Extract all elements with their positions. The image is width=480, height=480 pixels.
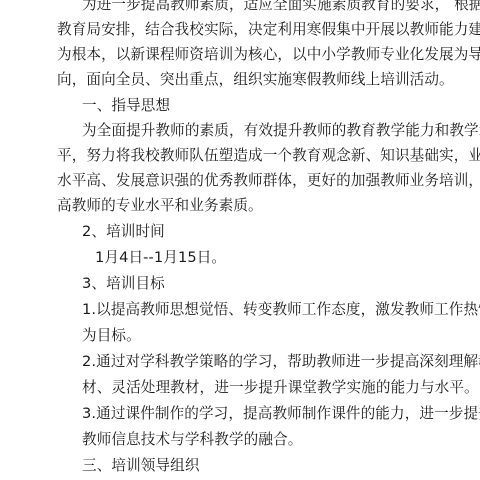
body-line: 为全面提升教师的素质，有效提升教师的教育教学能力和教学水: [82, 122, 454, 140]
body-line: 高教师的专业水平和业务素质。: [57, 197, 429, 215]
body-line: 平，努力将我校教师队伍塑造成一个教育观念新、知识基础实，业务: [57, 147, 429, 165]
goal-item-line: 为目标。: [82, 327, 454, 345]
section-heading-training-leadership: 三、培训领导组织: [82, 457, 454, 475]
body-line: 水平高、发展意识强的优秀教师群体，更好的加强教师业务培训，提: [57, 172, 429, 190]
training-date-range: 1月4日--1月15日。: [95, 249, 467, 267]
intro-line: 为根本，以新课程师资培训为核心，以中小学教师专业化发展为导: [57, 46, 429, 64]
section-heading-guiding-ideology: 一、指导思想: [82, 97, 454, 115]
goal-item-line: 材、灵活处理教材，进一步提升课堂教学实施的能力与水平。: [82, 379, 454, 397]
intro-line: 向，面向全员、突出重点，组织实施寒假教师线上培训活动。: [57, 71, 429, 89]
goal-item-line: 2.通过对学科教学策略的学习，帮助教师进一步提高深刻理解教: [82, 353, 454, 371]
goal-item-line: 教师信息技术与学科教学的融合。: [82, 431, 454, 449]
goal-item-line: 3.通过课件制作的学习，提高教师制作课件的能力，进一步提升: [82, 405, 454, 423]
intro-line: 为进一步提高教师素质，适应全面实施素质教育的要求， 根据: [82, 0, 454, 14]
section-heading-training-time: 2、培训时间: [82, 223, 454, 241]
goal-item-line: 1.以提高教师思想觉悟、转变教师工作态度，激发教师工作热情: [82, 301, 454, 319]
document-page: 为进一步提高教师素质，适应全面实施素质教育的要求， 根据 教育局安排，结合我校实…: [0, 0, 480, 480]
intro-line: 教育局安排，结合我校实际，决定利用寒假集中开展以教师能力建设: [57, 21, 429, 39]
section-heading-training-goals: 3、培训目标: [82, 275, 454, 293]
